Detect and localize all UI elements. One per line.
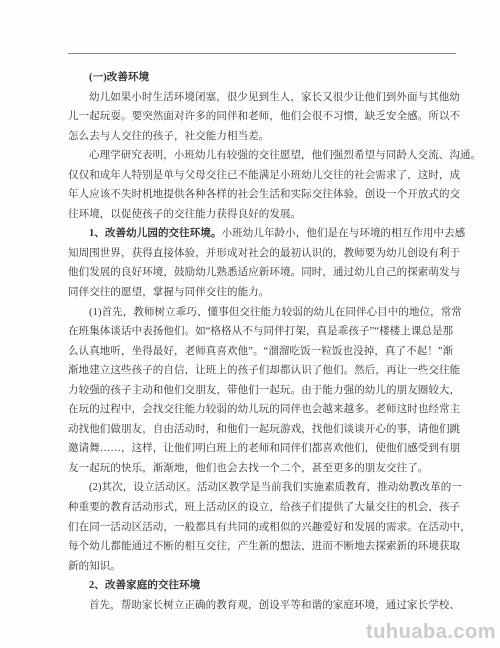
text-line: 1、改善幼儿园的交往环境。小班幼儿年龄小，他们是在与环境的相互作用中去感 bbox=[68, 224, 458, 244]
text-segment: 儿一起玩耍。要突然面对许多的同伴和老师，他们会很不习惯，缺乏安全感。所以不 bbox=[68, 111, 460, 122]
text-segment: 他们发展的良好环境，鼓励幼儿熟悉适应新环境。同时，通过幼儿自己的探索萌发与 bbox=[68, 267, 460, 278]
text-segment: 友一起玩的快乐，渐渐地，他们也会去找一个二个，甚至更多的朋友交往了。 bbox=[68, 463, 428, 474]
text-line: 动找他们做朋友，自由活动时，和他们一起玩游戏，找他们谈谈开心的事，请他们跳 bbox=[68, 420, 458, 440]
text-segment: 在玩的过程中，会找交往能力较弱的幼儿玩的同伴也会越来越多。老师这时也经常主 bbox=[68, 404, 460, 415]
text-segment: (2)其次，设立活动区。活动区教学是当前我们实施素质教育，推动幼教改革的一 bbox=[89, 482, 462, 493]
text-line: 力较强的孩子主动和他们交朋友，带他们一起玩。由于能力强的幼儿的朋友圈较大， bbox=[68, 381, 458, 401]
text-line: 友一起玩的快乐，渐渐地，他们也会去找一个二个，甚至更多的朋友交往了。 bbox=[68, 459, 458, 479]
text-segment: 幼儿如果小时生活环境闭塞，很少见到生人，家长又很少让他们到外面与其他幼 bbox=[89, 92, 460, 103]
text-line: 知周围世界，获得直接体验，并形成对社会的最初认识的，教师要为幼儿创设有利于 bbox=[68, 244, 458, 264]
document-body: (一)改善环境幼儿如果小时生活环境闭塞，很少见到生人，家长又很少让他们到外面与其… bbox=[68, 68, 458, 615]
text-line: 邀请舞……，这样，让他们明白班上的老师和同伴们都喜欢他们，使他们感受到有朋 bbox=[68, 439, 458, 459]
text-line: 新的知识。 bbox=[68, 557, 458, 577]
text-line: 怎么去与人交往的孩子，社交能力相当差。 bbox=[68, 127, 458, 147]
text-segment: 在班集体谈话中表扬他们。如“格格从不与同伴打架，真是乖孩子”“楼楼上课总是那 bbox=[68, 326, 453, 337]
text-segment: 力较强的孩子主动和他们交朋友，带他们一起玩。由于能力强的幼儿的朋友圈较大， bbox=[68, 385, 460, 396]
text-segment: 动找他们做朋友，自由活动时，和他们一起玩游戏，找他们谈谈开心的事，请他们跳 bbox=[68, 424, 460, 435]
text-line: 同伴交往的愿望，掌握与同伴交往的能力。 bbox=[68, 283, 458, 303]
text-segment: 心理学研究表明，小班幼儿有较强的交往愿望，他们强烈希望与同龄人交流、沟通。 bbox=[89, 150, 481, 161]
text-segment: 每个幼儿都能通过不断的相互交往，产生新的想法，进而不断地去探索新的环境获取 bbox=[68, 541, 460, 552]
text-line: 往环境，以促使孩子的交往能力获得良好的发展。 bbox=[68, 205, 458, 225]
bold-text-segment: 2、改善家庭的交往环境 bbox=[89, 580, 200, 591]
text-segment: 同伴交往的愿望，掌握与同伴交往的能力。 bbox=[68, 287, 269, 298]
text-line: 儿一起玩耍。要突然面对许多的同伴和老师，他们会很不习惯，缺乏安全感。所以不 bbox=[68, 107, 458, 127]
text-line: 么认真地听，坐得最好，老师真喜欢他”。“溜溜吃饭一粒饭也没掉，真了不起！”渐 bbox=[68, 342, 458, 362]
text-line: 幼儿如果小时生活环境闭塞，很少见到生人，家长又很少让他们到外面与其他幼 bbox=[68, 88, 458, 108]
watermark-text: tuhuaba.com bbox=[366, 621, 496, 644]
text-line: 年人应该不失时机地提供各种各样的社会生活和实际交往体验，创设一个开放式的交 bbox=[68, 185, 458, 205]
text-segment: 么认真地听，坐得最好，老师真喜欢他”。“溜溜吃饭一粒饭也没掉，真了不起！”渐 bbox=[68, 346, 453, 357]
text-segment: 邀请舞……，这样，让他们明白班上的老师和同伴们都喜欢他们，使他们感受到有朋 bbox=[68, 443, 460, 454]
text-line: 渐地建立这些孩子的自信，让班上的孩子们却都认识了他们。然后，再让一些交往能 bbox=[68, 361, 458, 381]
text-line: 在玩的过程中，会找交往能力较弱的幼儿玩的同伴也会越来越多。老师这时也经常主 bbox=[68, 400, 458, 420]
heading-line: (一)改善环境 bbox=[68, 68, 458, 88]
text-line: 心理学研究表明，小班幼儿有较强的交往愿望，他们强烈希望与同龄人交流、沟通。 bbox=[68, 146, 458, 166]
text-line: 们在同一活动区活动，一般都具有共同的或相似的兴趣爱好和发展的需求。在活动中， bbox=[68, 518, 458, 538]
header-rule-divider bbox=[68, 53, 456, 54]
heading-line: 2、改善家庭的交往环境 bbox=[68, 576, 458, 596]
text-line: 种重要的教育活动形式，班上活动区的设立，给孩子们提供了大量交往的机会，孩子 bbox=[68, 498, 458, 518]
text-segment: 首先，帮助家长树立正确的教育观，创设平等和谐的家庭环境，通过家长学校、 bbox=[89, 600, 460, 611]
text-segment: 小班幼儿年龄小，他们是在与环境的相互作用中去感 bbox=[222, 228, 466, 239]
text-segment: 知周围世界，获得直接体验，并形成对社会的最初认识的，教师要为幼儿创设有利于 bbox=[68, 248, 460, 259]
bold-text-segment: (一)改善环境 bbox=[89, 72, 149, 83]
text-segment: (1)首先，教师树立乖巧、懂事但交往能力较弱的幼儿在同伴心目中的地位，常常 bbox=[89, 307, 462, 318]
text-segment: 渐地建立这些孩子的自信，让班上的孩子们却都认识了他们。然后，再让一些交往能 bbox=[68, 365, 460, 376]
bold-text-segment: 1、改善幼儿园的交往环境。 bbox=[89, 228, 222, 239]
document-page: (一)改善环境幼儿如果小时生活环境闭塞，很少见到生人，家长又很少让他们到外面与其… bbox=[0, 0, 500, 648]
text-segment: 种重要的教育活动形式，班上活动区的设立，给孩子们提供了大量交往的机会，孩子 bbox=[68, 502, 460, 513]
text-line: (1)首先，教师树立乖巧、懂事但交往能力较弱的幼儿在同伴心目中的地位，常常 bbox=[68, 303, 458, 323]
text-segment: 年人应该不失时机地提供各种各样的社会生活和实际交往体验，创设一个开放式的交 bbox=[68, 189, 460, 200]
text-segment: 往环境，以促使孩子的交往能力获得良好的发展。 bbox=[68, 209, 301, 220]
text-segment: 仅仅和成年人特别是单与父母交往已不能满足小班幼儿交往的社会需求了，这时，成 bbox=[68, 170, 460, 181]
text-line: 仅仅和成年人特别是单与父母交往已不能满足小班幼儿交往的社会需求了，这时，成 bbox=[68, 166, 458, 186]
text-segment: 怎么去与人交往的孩子，社交能力相当差。 bbox=[68, 131, 269, 142]
text-line: 每个幼儿都能通过不断的相互交往，产生新的想法，进而不断地去探索新的环境获取 bbox=[68, 537, 458, 557]
text-line: 在班集体谈话中表扬他们。如“格格从不与同伴打架，真是乖孩子”“楼楼上课总是那 bbox=[68, 322, 458, 342]
text-line: 首先，帮助家长树立正确的教育观，创设平等和谐的家庭环境，通过家长学校、 bbox=[68, 596, 458, 616]
text-line: 他们发展的良好环境，鼓励幼儿熟悉适应新环境。同时，通过幼儿自己的探索萌发与 bbox=[68, 263, 458, 283]
text-segment: 们在同一活动区活动，一般都具有共同的或相似的兴趣爱好和发展的需求。在活动中， bbox=[68, 522, 471, 533]
text-line: (2)其次，设立活动区。活动区教学是当前我们实施素质教育，推动幼教改革的一 bbox=[68, 478, 458, 498]
text-segment: 新的知识。 bbox=[68, 561, 121, 572]
